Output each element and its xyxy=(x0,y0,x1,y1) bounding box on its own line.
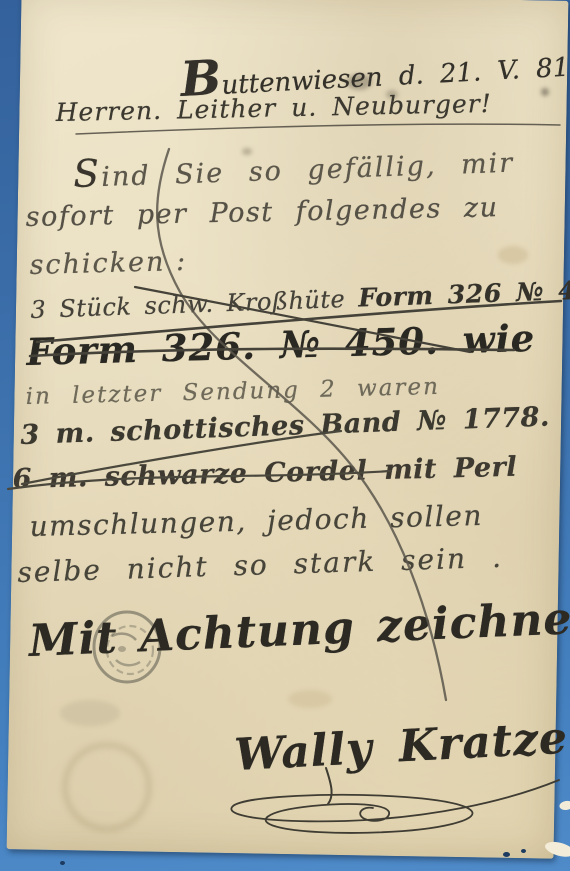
scanned-postcard-photo: { "postcard": { "dateline": "Buttenwiese… xyxy=(0,0,570,871)
edge-speck xyxy=(60,861,65,865)
embossed-seal xyxy=(62,742,152,832)
foxing-spot xyxy=(288,690,332,708)
ink-speck xyxy=(541,88,549,96)
body-request-line-3: schicken : xyxy=(29,246,187,281)
foxing-spot xyxy=(498,246,528,264)
edge-speck xyxy=(503,852,510,857)
worn-edge xyxy=(559,800,570,811)
foxing-spot xyxy=(60,700,120,726)
edge-speck xyxy=(521,849,526,853)
worn-corner xyxy=(543,839,570,859)
